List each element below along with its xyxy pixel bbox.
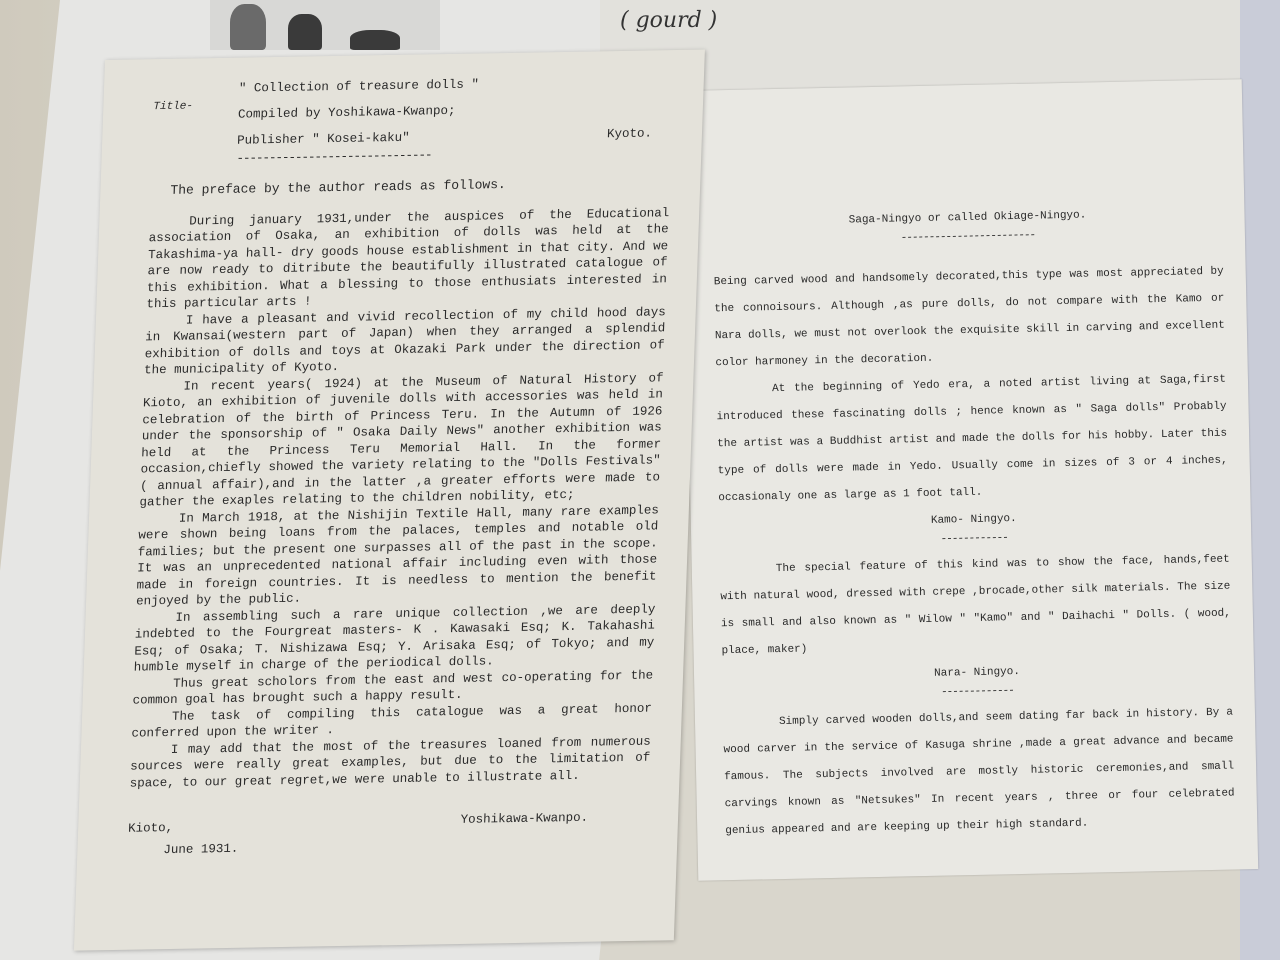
preface-intro: The preface by the author reads as follo… [170, 174, 671, 199]
preface-paragraph: I have a pleasant and vivid recollection… [144, 304, 666, 379]
preface-paragraph: In assembling such a rare unique collect… [133, 601, 655, 676]
preface-paragraph: In March 1918, at the Nishijin Textile H… [136, 502, 659, 610]
title-label: Title- [151, 76, 239, 166]
signature-block: Kioto, June 1931. Yoshikawa-Kwanpo. [127, 809, 648, 862]
preface-paragraph: During january 1931,under the auspices o… [146, 205, 669, 313]
left-document-page: Title- " Collection of treasure dolls " … [74, 50, 705, 951]
section-paragraph: Being carved wood and handsomely decorat… [714, 259, 1226, 378]
section-paragraph: The special feature of this kind was to … [720, 547, 1232, 666]
right-page-content: Saga-Ningyo or called Okiage-Ningyo.----… [712, 200, 1235, 846]
doll-type-section: Saga-Ningyo or called Okiage-Ningyo.----… [712, 200, 1228, 513]
doll-type-section: Kamo- Ningyo.------------The special fea… [719, 502, 1232, 666]
doll-figure-image [288, 14, 322, 50]
signature-place: Kioto, [128, 816, 240, 840]
right-document-page: Saga-Ningyo or called Okiage-Ningyo.----… [682, 79, 1258, 881]
publisher-city: Kyoto. [607, 120, 653, 147]
doll-type-section: Nara- Ningyo.-------------Simply carved … [722, 655, 1236, 846]
doll-figure-image [350, 30, 400, 50]
signature-date: June 1931. [127, 838, 239, 862]
doll-photo-strip [210, 0, 440, 50]
section-paragraph: Simply carved wooden dolls,and seem dati… [723, 700, 1236, 846]
doll-figure-image [230, 4, 266, 50]
left-page-content: Title- " Collection of treasure dolls " … [127, 68, 674, 862]
preface-body: During january 1931,under the auspices o… [129, 205, 669, 792]
title-block: Title- " Collection of treasure dolls " … [151, 68, 674, 165]
preface-paragraph: I may add that the most of the treasures… [129, 733, 651, 792]
signature-name: Yoshikawa-Kwanpo. [459, 810, 588, 856]
handwritten-note: ( gourd ) [620, 8, 717, 33]
preface-paragraph: In recent years( 1924) at the Museum of … [139, 370, 664, 511]
section-paragraph: At the beginning of Yedo era, a noted ar… [716, 367, 1229, 513]
